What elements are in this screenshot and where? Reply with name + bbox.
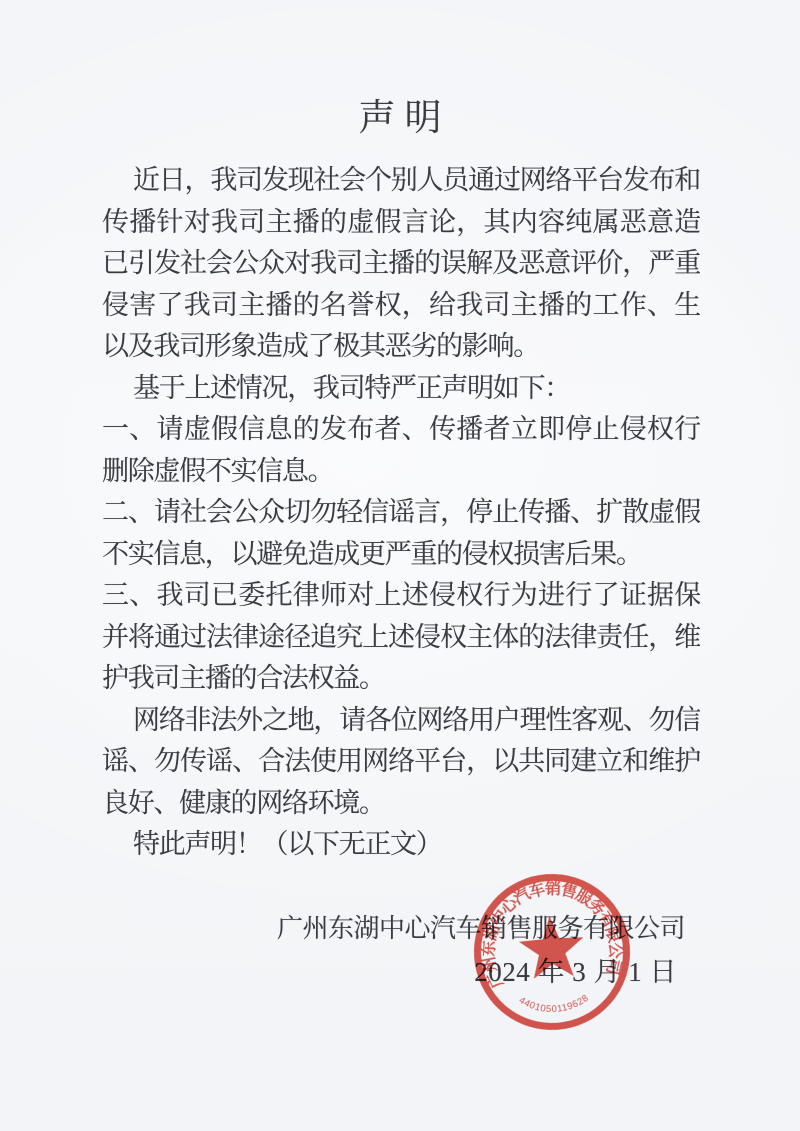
- text-line: 以及我司形象造成了极其恶劣的影响。: [102, 326, 700, 368]
- text-line: 基于上述情况，我司特严正声明如下：: [102, 368, 700, 410]
- company-seal-stamp: 广州东湖中心汽车销售服务有限公司 4401050119628: [435, 835, 670, 1070]
- text-line: 三、我司已委托律师对上述侵权行为进行了证据保全，: [102, 575, 700, 617]
- text-line: 谣、勿传谣、合法使用网络平台，以共同建立和维护: [102, 741, 700, 783]
- seal-number-arc: 4401050119628: [516, 990, 592, 1017]
- text-line: 侵害了我司主播的名誉权，给我司主播的工作、生活，: [102, 285, 700, 327]
- text-line: 近日，我司发现社会个别人员通过网络平台发布和: [102, 160, 700, 202]
- text-line: 并将通过法律途径追究上述侵权主体的法律责任，维: [102, 617, 700, 659]
- document-title: 声明: [0, 96, 800, 142]
- scanned-statement-page: { "page": { "background_color": "#f3f5f8…: [0, 0, 800, 1131]
- text-line: 护我司主播的合法权益。: [102, 658, 700, 700]
- paper-background: 声明 近日，我司发现社会个别人员通过网络平台发布和传播针对我司主播的虚假言论，其…: [0, 0, 800, 1131]
- text-line: 良好、健康的网络环境。: [102, 783, 700, 825]
- document-body: 近日，我司发现社会个别人员通过网络平台发布和传播针对我司主播的虚假言论，其内容纯…: [102, 160, 700, 866]
- text-line: 二、请社会公众切勿轻信谣言，停止传播、扩散虚假: [102, 492, 700, 534]
- text-line: 不实信息，以避免造成更严重的侵权损害后果。: [102, 534, 700, 576]
- text-line: 删除虚假不实信息。: [102, 451, 700, 493]
- text-line: 一、请虚假信息的发布者、传播者立即停止侵权行为，: [102, 409, 700, 451]
- text-line: 已引发社会公众对我司主播的误解及恶意评价，严重: [102, 243, 700, 285]
- text-line: 传播针对我司主播的虚假言论，其内容纯属恶意造谣，: [102, 202, 700, 244]
- star-icon: [517, 914, 586, 980]
- text-line: 网络非法外之地，请各位网络用户理性客观、勿信: [102, 700, 700, 742]
